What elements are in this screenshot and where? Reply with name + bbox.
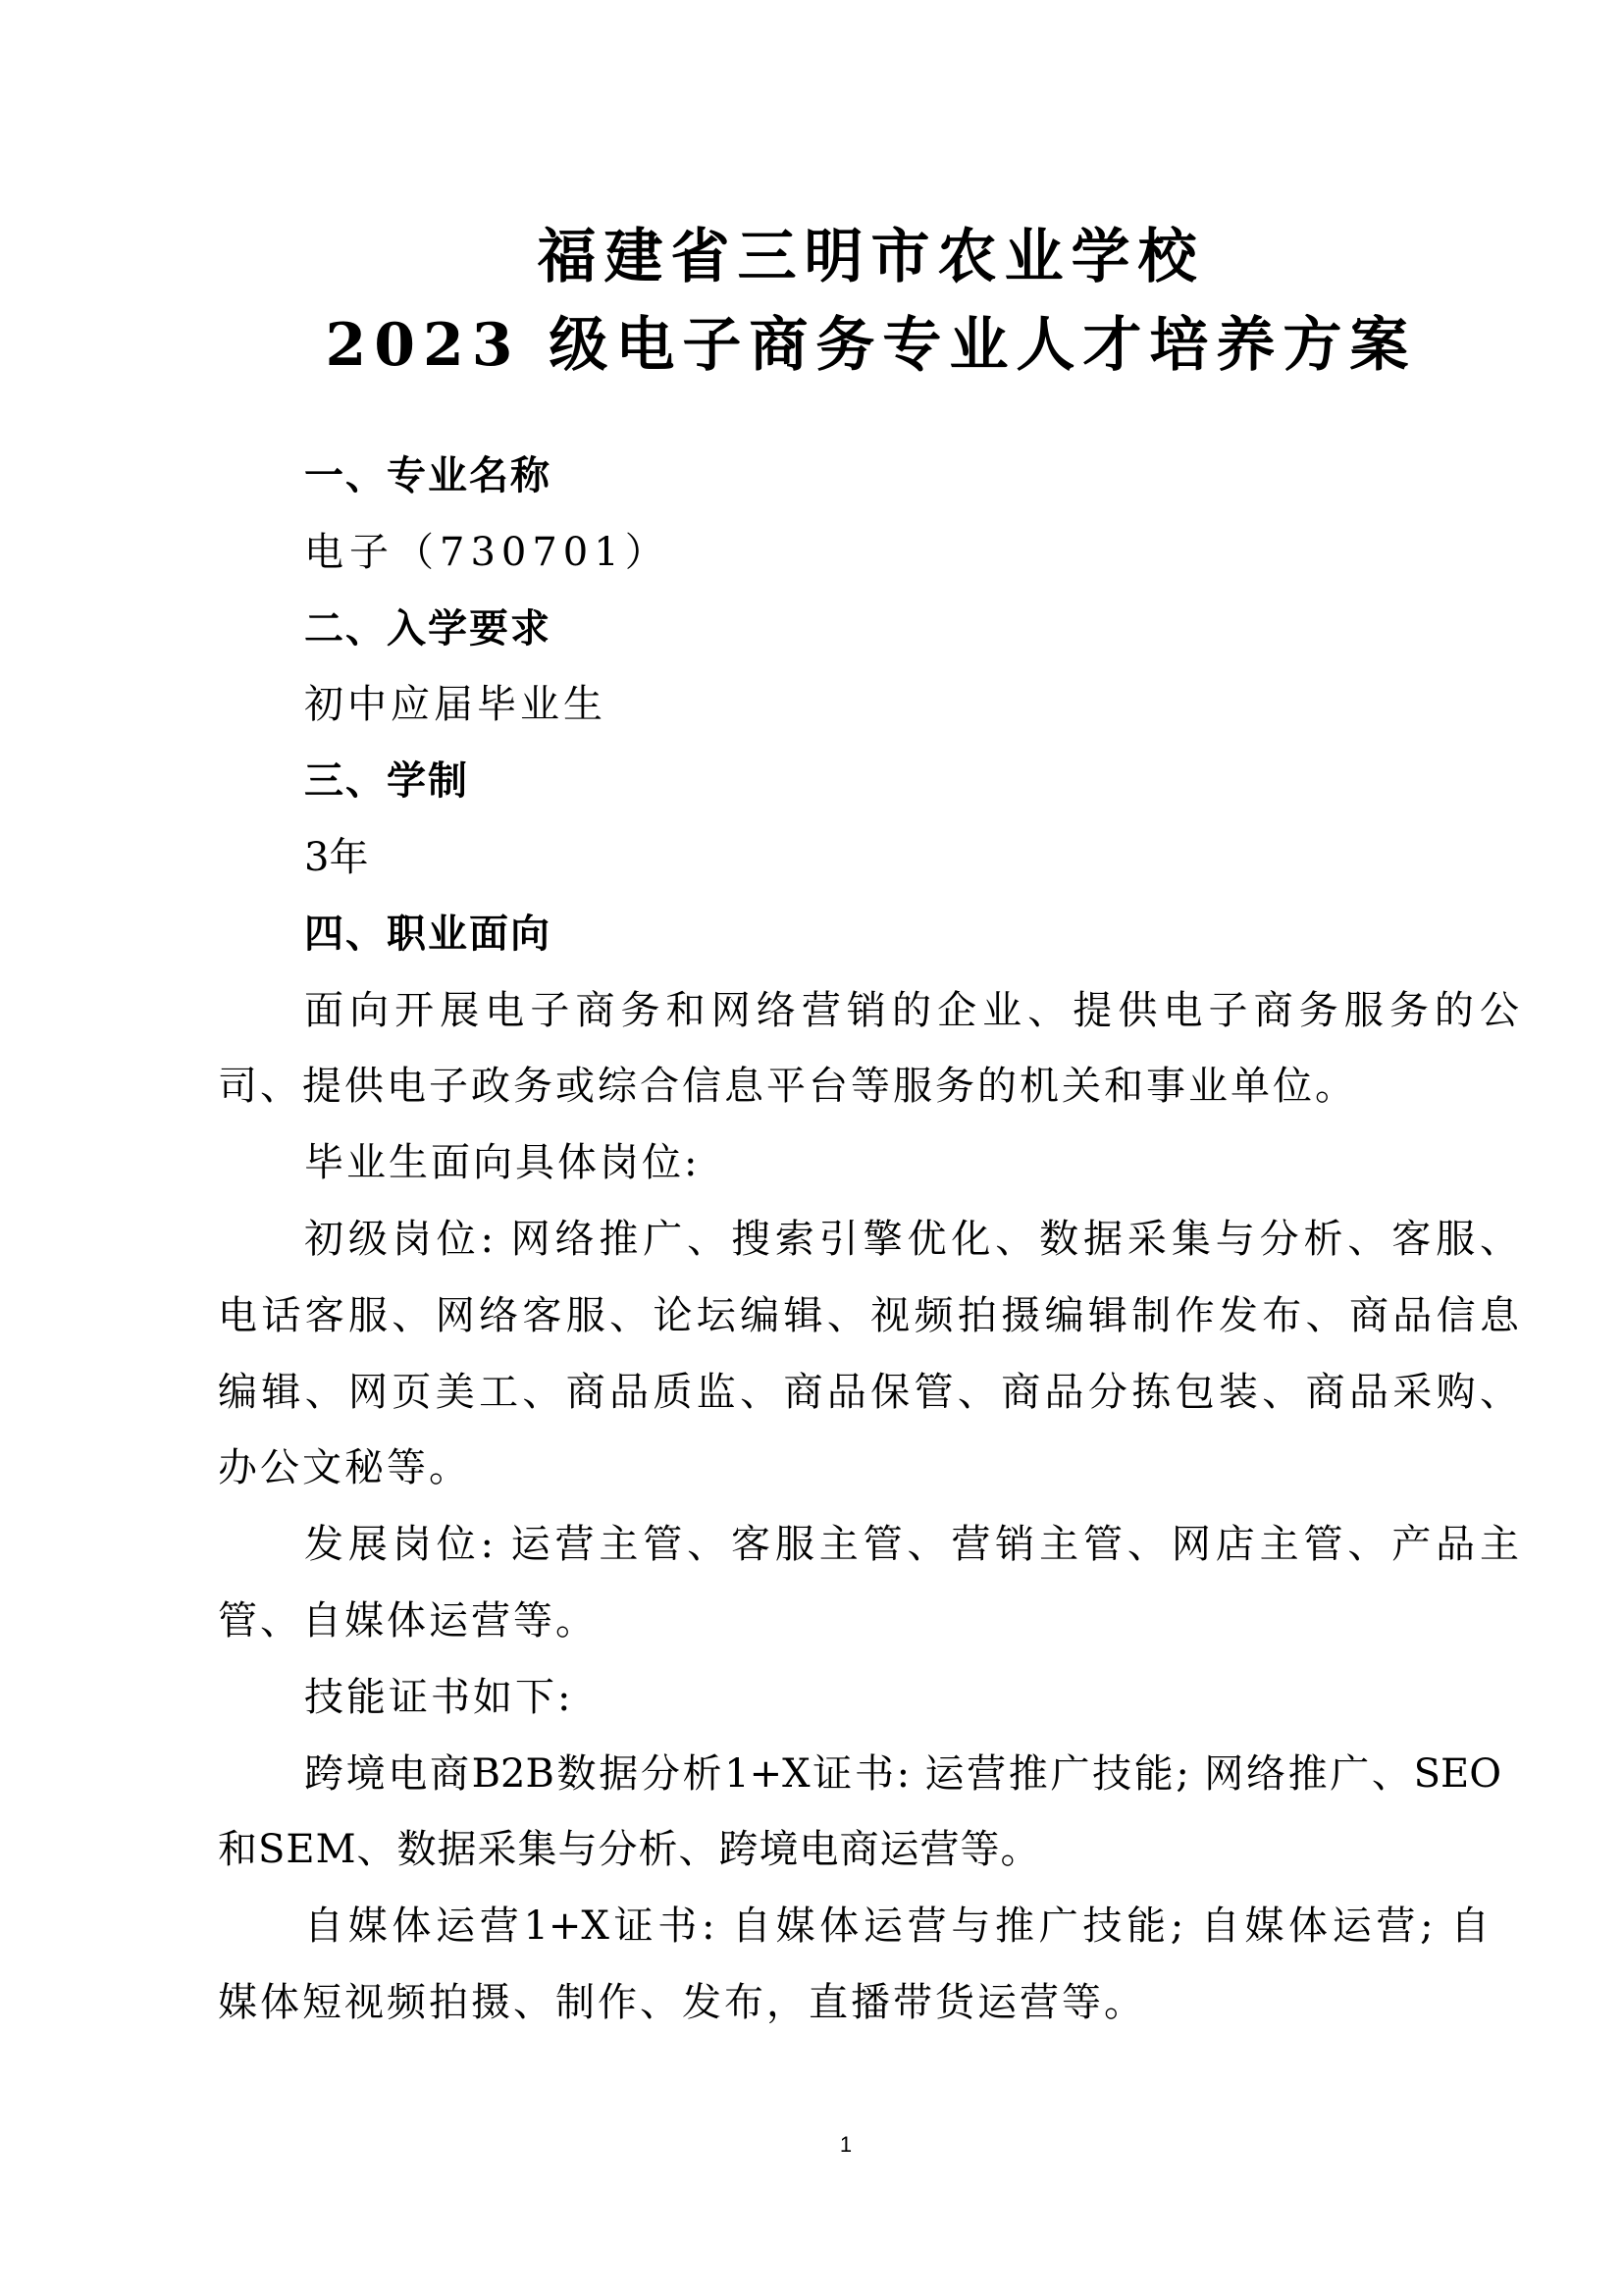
document-body: 一、专业名称 电子（730701） 二、入学要求 初中应届毕业生 三、学制 3年… [218, 439, 1519, 2042]
paragraph-line: 媒体短视频拍摄、制作、发布，直播带货运营等。 [218, 1965, 1519, 2042]
paragraph-line: 和SEM、数据采集与分析、跨境电商运营等。 [218, 1812, 1519, 1889]
paragraph-line: 面向开展电子商务和网络营销的企业、提供电子商务服务的公 [218, 973, 1519, 1050]
page-number: 1 [0, 2132, 1624, 2158]
major-name-value: 电子（730701） [218, 515, 1519, 592]
title-program-name: 2023 级电子商务专业人才培养方案 [0, 301, 1624, 390]
paragraph-line: 司、提供电子政务或综合信息平台等服务的机关和事业单位。 [218, 1049, 1519, 1125]
duration-value: 3年 [218, 820, 1519, 897]
paragraph-line: 毕业生面向具体岗位: [218, 1125, 1519, 1202]
paragraph-line: 初级岗位: 网络推广、搜索引擎优化、数据采集与分析、客服、 [218, 1202, 1519, 1278]
paragraph-line: 技能证书如下: [218, 1660, 1519, 1737]
section-heading-duration: 三、学制 [218, 744, 1519, 820]
document-page: 福建省三明市农业学校 2023 级电子商务专业人才培养方案 一、专业名称 电子（… [0, 0, 1624, 2295]
paragraph-line: 跨境电商B2B数据分析1+X证书: 运营推广技能; 网络推广、SEO [218, 1737, 1519, 1813]
admission-value: 初中应届毕业生 [218, 667, 1519, 744]
title-school-name: 福建省三明市农业学校 [0, 213, 1624, 301]
section-heading-admission: 二、入学要求 [218, 592, 1519, 668]
section-heading-major-name: 一、专业名称 [218, 439, 1519, 515]
paragraph-line: 办公文秘等。 [218, 1431, 1519, 1507]
paragraph-line: 发展岗位: 运营主管、客服主管、营销主管、网店主管、产品主 [218, 1507, 1519, 1584]
paragraph-line: 电话客服、网络客服、论坛编辑、视频拍摄编辑制作发布、商品信息 [218, 1278, 1519, 1355]
section-heading-career: 四、职业面向 [218, 897, 1519, 973]
paragraph-line: 管、自媒体运营等。 [218, 1584, 1519, 1660]
document-title: 福建省三明市农业学校 2023 级电子商务专业人才培养方案 [0, 213, 1624, 390]
paragraph-line: 编辑、网页美工、商品质监、商品保管、商品分拣包装、商品采购、 [218, 1355, 1519, 1432]
paragraph-line: 自媒体运营1+X证书: 自媒体运营与推广技能; 自媒体运营; 自 [218, 1889, 1519, 1965]
